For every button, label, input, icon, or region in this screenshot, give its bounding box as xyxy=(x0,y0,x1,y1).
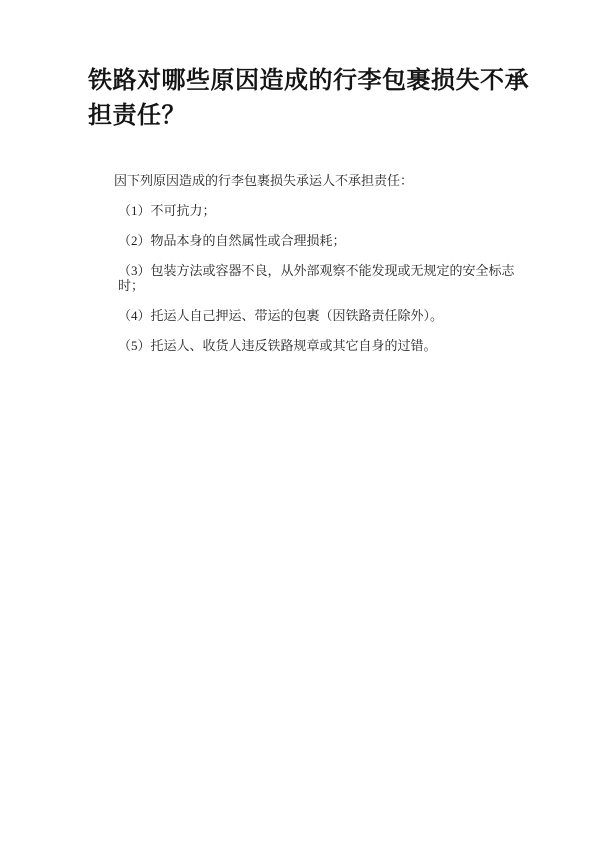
intro-paragraph: 因下列原因造成的行李包裹损失承运人不承担责任： xyxy=(114,173,535,188)
list-item-3: （3）包装方法或容器不良，从外部观察不能发现或无规定的安全标志时； xyxy=(118,263,535,293)
list-item-1: （1）不可抗力； xyxy=(118,203,535,218)
list-item-2: （2）物品本身的自然属性或合理损耗； xyxy=(118,233,535,248)
document-body: 因下列原因造成的行李包裹损失承运人不承担责任： （1）不可抗力； （2）物品本身… xyxy=(0,173,595,353)
page-title: 铁路对哪些原因造成的行李包裹损失不承担责任？ xyxy=(88,64,540,134)
list-item-4: （4）托运人自己押运、带运的包裹（因铁路责任除外）。 xyxy=(118,308,535,323)
list-item-5: （5）托运人、收货人违反铁路规章或其它自身的过错。 xyxy=(118,338,535,353)
document-page: 铁路对哪些原因造成的行李包裹损失不承担责任？ 因下列原因造成的行李包裹损失承运人… xyxy=(0,0,595,842)
